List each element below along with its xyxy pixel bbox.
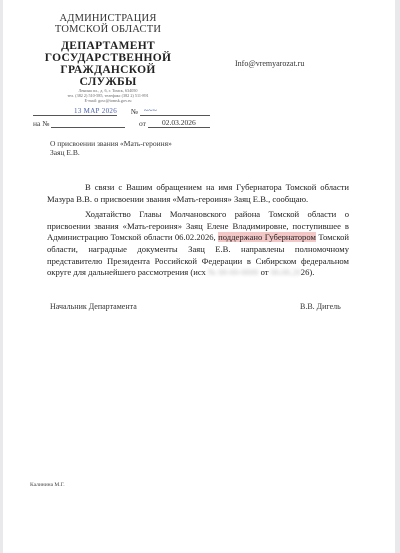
registration-line-outgoing: 13 МАР 2026 № ~~~ bbox=[33, 106, 210, 116]
body-paragraph-2: Ходатайство Главы Молчановского района Т… bbox=[47, 209, 349, 279]
body-paragraph-1: В связи с Вашим обращением на имя Губерн… bbox=[47, 182, 349, 205]
registration-line-reply: на № от 02.03.2026 bbox=[33, 118, 210, 128]
signature-name: В.В. Дигель bbox=[300, 302, 341, 311]
redacted-outgoing-number: № 00-00-0000 bbox=[208, 267, 258, 277]
outgoing-number-field: ~~~ bbox=[140, 106, 210, 116]
recipient-email: Info@vremyarozat.ru bbox=[235, 59, 304, 68]
paragraph-2-text-c: от bbox=[258, 267, 270, 277]
date-stamp: 13 МАР 2026 bbox=[74, 107, 117, 115]
highlighted-text: поддержано Губернатором bbox=[218, 232, 316, 242]
document-page: АДМИНИСТРАЦИЯ ТОМСКОЙ ОБЛАСТИ ДЕПАРТАМЕН… bbox=[3, 0, 395, 553]
handwritten-number: ~~~ bbox=[144, 106, 157, 115]
reply-to-label: на № bbox=[33, 119, 49, 128]
executor-name: Калинина М.Г. bbox=[30, 482, 65, 488]
number-label: № bbox=[131, 107, 138, 116]
paragraph-2-text-end: 26). bbox=[301, 267, 315, 277]
letter-body: В связи с Вашим обращением на имя Губерн… bbox=[47, 182, 349, 279]
outgoing-date-field: 13 МАР 2026 bbox=[33, 106, 117, 116]
subject-line1: О присвоении звания «Мать-героиня» bbox=[50, 139, 172, 148]
redacted-outgoing-date: 00.00.20 bbox=[271, 267, 301, 277]
letterhead-administration-line2: ТОМСКОЙ ОБЛАСТИ bbox=[3, 24, 213, 36]
signature-position: Начальник Департамента bbox=[50, 302, 137, 311]
from-label: от bbox=[139, 119, 146, 128]
subject-line2: Заяц Е.В. bbox=[50, 148, 80, 157]
reply-number-field bbox=[51, 118, 125, 128]
reply-date: 02.03.2026 bbox=[162, 118, 196, 127]
letterhead-email: E-mail: gosc@tomsk.gov.ru bbox=[3, 98, 213, 104]
reply-date-field: 02.03.2026 bbox=[148, 118, 210, 128]
